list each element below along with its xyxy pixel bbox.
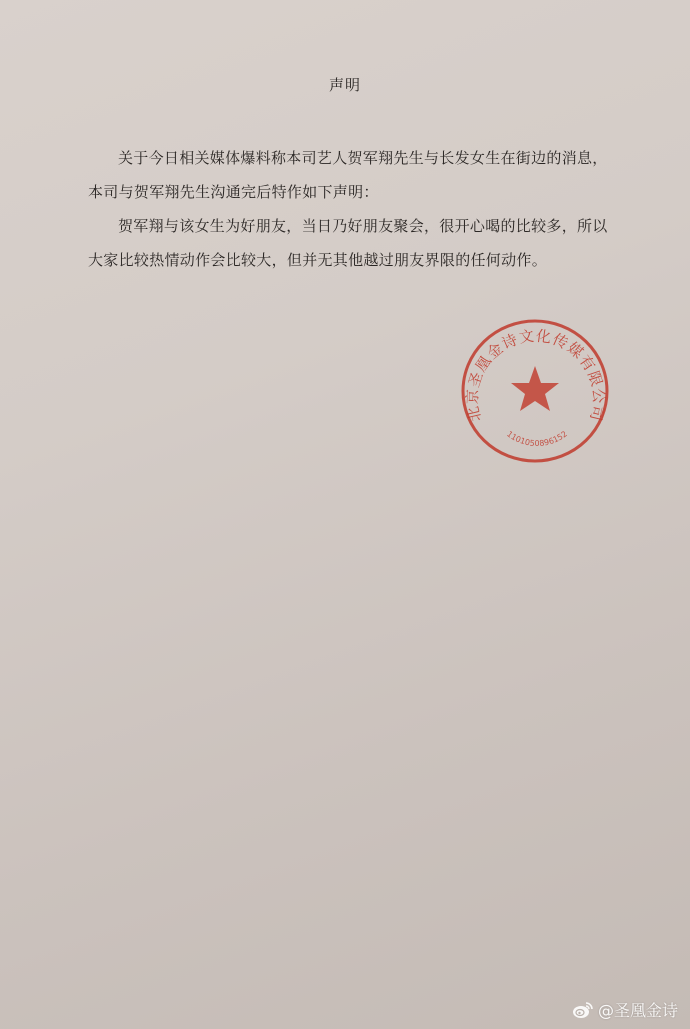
paragraph-2: 贺军翔与该女生为好朋友，当日乃好朋友聚会，很开心喝的比较多，所以大家比较热情动作…: [88, 209, 608, 277]
paragraph-1-text: 关于今日相关媒体爆料称本司艺人贺军翔先生与长发女生在街边的消息，本司与贺军翔先生…: [88, 149, 608, 201]
weibo-icon: [572, 1001, 594, 1019]
paragraph-2-text: 贺军翔与该女生为好朋友，当日乃好朋友聚会，很开心喝的比较多，所以大家比较热情动作…: [88, 217, 608, 269]
star-icon: [511, 366, 559, 411]
paragraph-1: 关于今日相关媒体爆料称本司艺人贺军翔先生与长发女生在街边的消息，本司与贺军翔先生…: [88, 141, 608, 209]
document-title: 声明: [0, 74, 690, 95]
document-page: 声明 关于今日相关媒体爆料称本司艺人贺军翔先生与长发女生在街边的消息，本司与贺军…: [0, 0, 690, 1029]
company-seal: 北京圣凰金诗文化传媒有限公司 1101050896152: [458, 316, 613, 466]
weibo-handle: @圣凰金诗: [598, 998, 678, 1021]
weibo-watermark: @圣凰金诗: [572, 998, 678, 1021]
seal-registration-number: 1101050896152: [505, 429, 569, 448]
svg-text:1101050896152: 1101050896152: [505, 429, 569, 448]
